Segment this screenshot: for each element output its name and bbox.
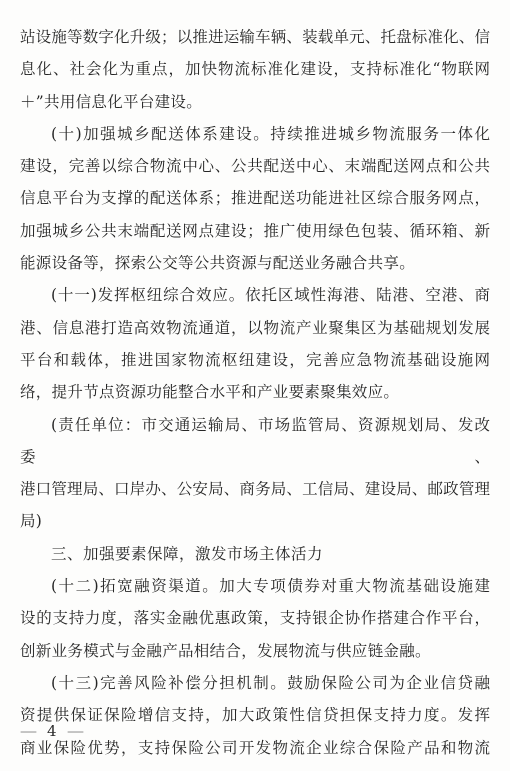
text-line: (责任单位：市交通运输局、市场监管局、资源规划局、发改委、 [20,409,490,474]
section-heading: 三、加强要素保障，激发市场主体活力 [20,538,490,570]
paragraph-responsible-units: (责任单位：市交通运输局、市场监管局、资源规划局、发改委、 港口管理局、口岸办、… [20,409,490,538]
paragraph-item-12: (十二)拓宽融资渠道。加大专项债券对重大物流基础设施建 设的支持力度，落实金融优… [20,570,490,667]
text-line: 局) [20,505,490,537]
page-number-dash-left: — [20,721,37,741]
text-line: ＋”共用信息化平台建设。 [20,86,490,118]
text-line: 加强城乡公共末端配送网点建设；推广使用绿色包装、循环箱、新 [20,215,490,247]
page-number-value: 4 [47,721,57,741]
text-line: 建设，完善以综合物流中心、公共配送中心、末端配送网点和公共 [20,150,490,182]
text-line: 络，提升节点资源功能整合水平和产业要素聚集效应。 [20,376,490,408]
text-line: 设的支持力度，落实金融优惠政策，支持银企协作搭建合作平台， [20,602,490,634]
paragraph-continuation: 站设施等数字化升级；以推进运输车辆、装载单元、托盘标准化、信 息化、社会化为重点… [20,21,490,118]
text-line: 平台和载体，推进国家物流枢纽建设，完善应急物流基础设施网 [20,344,490,376]
text-line: (十一)发挥枢纽综合效应。依托区域性海港、陆港、空港、商 [20,279,490,311]
text-line: 站设施等数字化升级；以推进运输车辆、装载单元、托盘标准化、信 [20,21,490,53]
text-line: 息化、社会化为重点，加快物流标准化建设，支持标准化“物联网 [20,53,490,85]
text-line: 商业保险优势，支持保险公司开发物流企业综合保险产品和物流 [20,732,490,764]
text-line: (十)加强城乡配送体系建设。持续推进城乡物流服务一体化 [20,118,490,150]
paragraph-item-10: (十)加强城乡配送体系建设。持续推进城乡物流服务一体化 建设，完善以综合物流中心… [20,118,490,279]
text-line: (十二)拓宽融资渠道。加大专项债券对重大物流基础设施建 [20,570,490,602]
page-number: — 4 — [21,721,83,741]
text-line: 能源设备等，探索公交等公共资源与配送业务融合共享。 [20,247,490,279]
page-number-dash-right: — [66,721,83,741]
text-line: 港、信息港打造高效物流通道，以物流产业聚集区为基础规划发展 [20,312,490,344]
text-line: (十三)完善风险补偿分担机制。鼓励保险公司为企业信贷融 [20,667,490,699]
paragraph-item-13: (十三)完善风险补偿分担机制。鼓励保险公司为企业信贷融 资提供保证保险增信支持，… [20,667,490,764]
text-line: 资提供保证保险增信支持，加大政策性信贷担保支持力度。发挥 [20,699,490,731]
section-heading-text: 三、加强要素保障，激发市场主体活力 [20,538,490,570]
paragraph-item-11: (十一)发挥枢纽综合效应。依托区域性海港、陆港、空港、商 港、信息港打造高效物流… [20,279,490,408]
document-body: 站设施等数字化升级；以推进运输车辆、装载单元、托盘标准化、信 息化、社会化为重点… [20,21,490,764]
document-page: 站设施等数字化升级；以推进运输车辆、装载单元、托盘标准化、信 息化、社会化为重点… [0,0,510,771]
text-line: 创新业务模式与金融产品相结合，发展物流与供应链金融。 [20,635,490,667]
text-line: 港口管理局、口岸办、公安局、商务局、工信局、建设局、邮政管理 [20,473,490,505]
text-line: 信息平台为支撑的配送体系；推进配送功能进社区综合服务网点， [20,182,490,214]
